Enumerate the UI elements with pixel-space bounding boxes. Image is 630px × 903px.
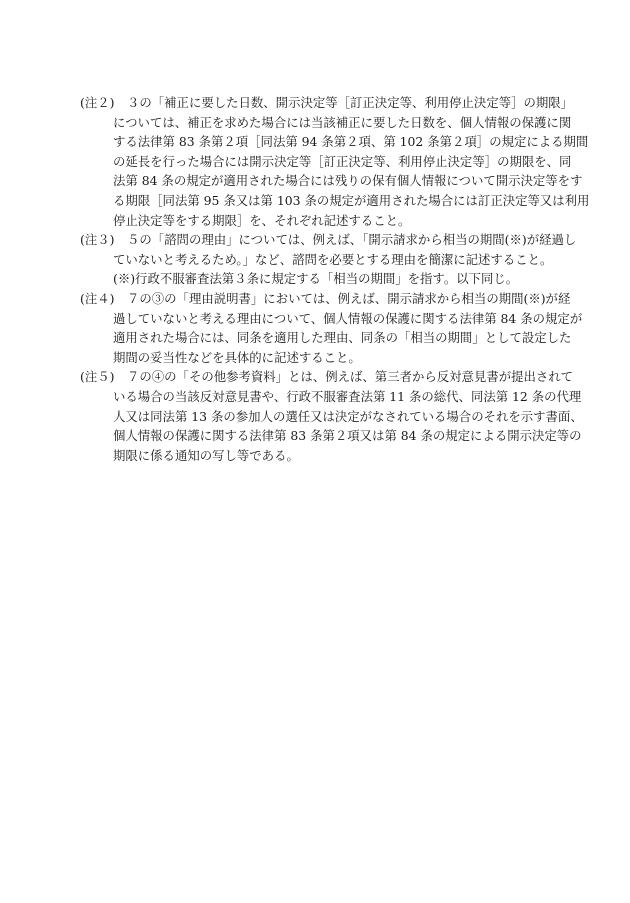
note-text-line: ていないと考えるため。」など、諮問を必要とする理由を簡潔に記述すること。 — [80, 250, 556, 270]
note-4: (注４) ７の③の「理由説明書」においては、例えば、開示請求から相当の期間(※)… — [80, 289, 556, 367]
note-text-line: ７の④の「その他参考資料」とは、例えば、第三者から反対意見書が提出されて — [80, 367, 556, 387]
note-label: (注２) — [80, 93, 114, 113]
note-3: (注３) ５の「諮問の理由」については、例えば、「開示請求から相当の期間(※)が… — [80, 230, 556, 289]
note-text-line: ７の③の「理由説明書」においては、例えば、開示請求から相当の期間(※)が経 — [80, 289, 556, 309]
note-text-line: る期限［同法第 95 条又は第 103 条の規定が適用された場合には訂正決定等又… — [80, 191, 556, 211]
note-label: (注４) — [80, 289, 114, 309]
document-page: (注２) ３の「補正に要した日数、開示決定等［訂正決定等、利用停止決定等］の期限… — [80, 93, 556, 465]
note-text-line: ５の「諮問の理由」については、例えば、「開示請求から相当の期間(※)が経過し — [80, 230, 556, 250]
note-text-line: 期限に係る通知の写し等である。 — [80, 446, 556, 466]
note-text-line: 停止決定等をする期限］を、それぞれ記述すること。 — [80, 211, 556, 231]
note-text-line: の延長を行った場合には開示決定等［訂正決定等、利用停止決定等］の期限を、同 — [80, 152, 556, 172]
note-text-line: 適用された場合には、同条を適用した理由、同条の「相当の期間」として設定した — [80, 328, 556, 348]
note-5: (注５) ７の④の「その他参考資料」とは、例えば、第三者から反対意見書が提出され… — [80, 367, 556, 465]
note-text-line: する法律第 83 条第２項［同法第 94 条第２項、第 102 条第２項］の規定… — [80, 132, 556, 152]
note-2: (注２) ３の「補正に要した日数、開示決定等［訂正決定等、利用停止決定等］の期限… — [80, 93, 556, 230]
note-text-line: 期間の妥当性などを具体的に記述すること。 — [80, 348, 556, 368]
note-text-line: いる場合の当該反対意見書や、行政不服審査法第 11 条の総代、同法第 12 条の… — [80, 387, 556, 407]
note-text-line: 人又は同法第 13 条の参加人の選任又は決定がなされている場合のそれを示す書面、 — [80, 407, 556, 427]
footnote-definition: (※)行政不服審査法第３条に規定する「相当の期間」を指す。以下同じ。 — [80, 269, 556, 289]
note-label: (注３) — [80, 230, 114, 250]
note-text-line: については、補正を求めた場合には当該補正に要した日数を、個人情報の保護に関 — [80, 113, 556, 133]
note-label: (注５) — [80, 367, 114, 387]
note-text-line: 個人情報の保護に関する法律第 83 条第２項又は第 84 条の規定による開示決定… — [80, 426, 556, 446]
note-text-line: 法第 84 条の規定が適用された場合には残りの保有個人情報について開示決定等をす — [80, 171, 556, 191]
note-text-line: ３の「補正に要した日数、開示決定等［訂正決定等、利用停止決定等］の期限」 — [80, 93, 556, 113]
note-text-line: 過していないと考える理由について、個人情報の保護に関する法律第 84 条の規定が — [80, 309, 556, 329]
